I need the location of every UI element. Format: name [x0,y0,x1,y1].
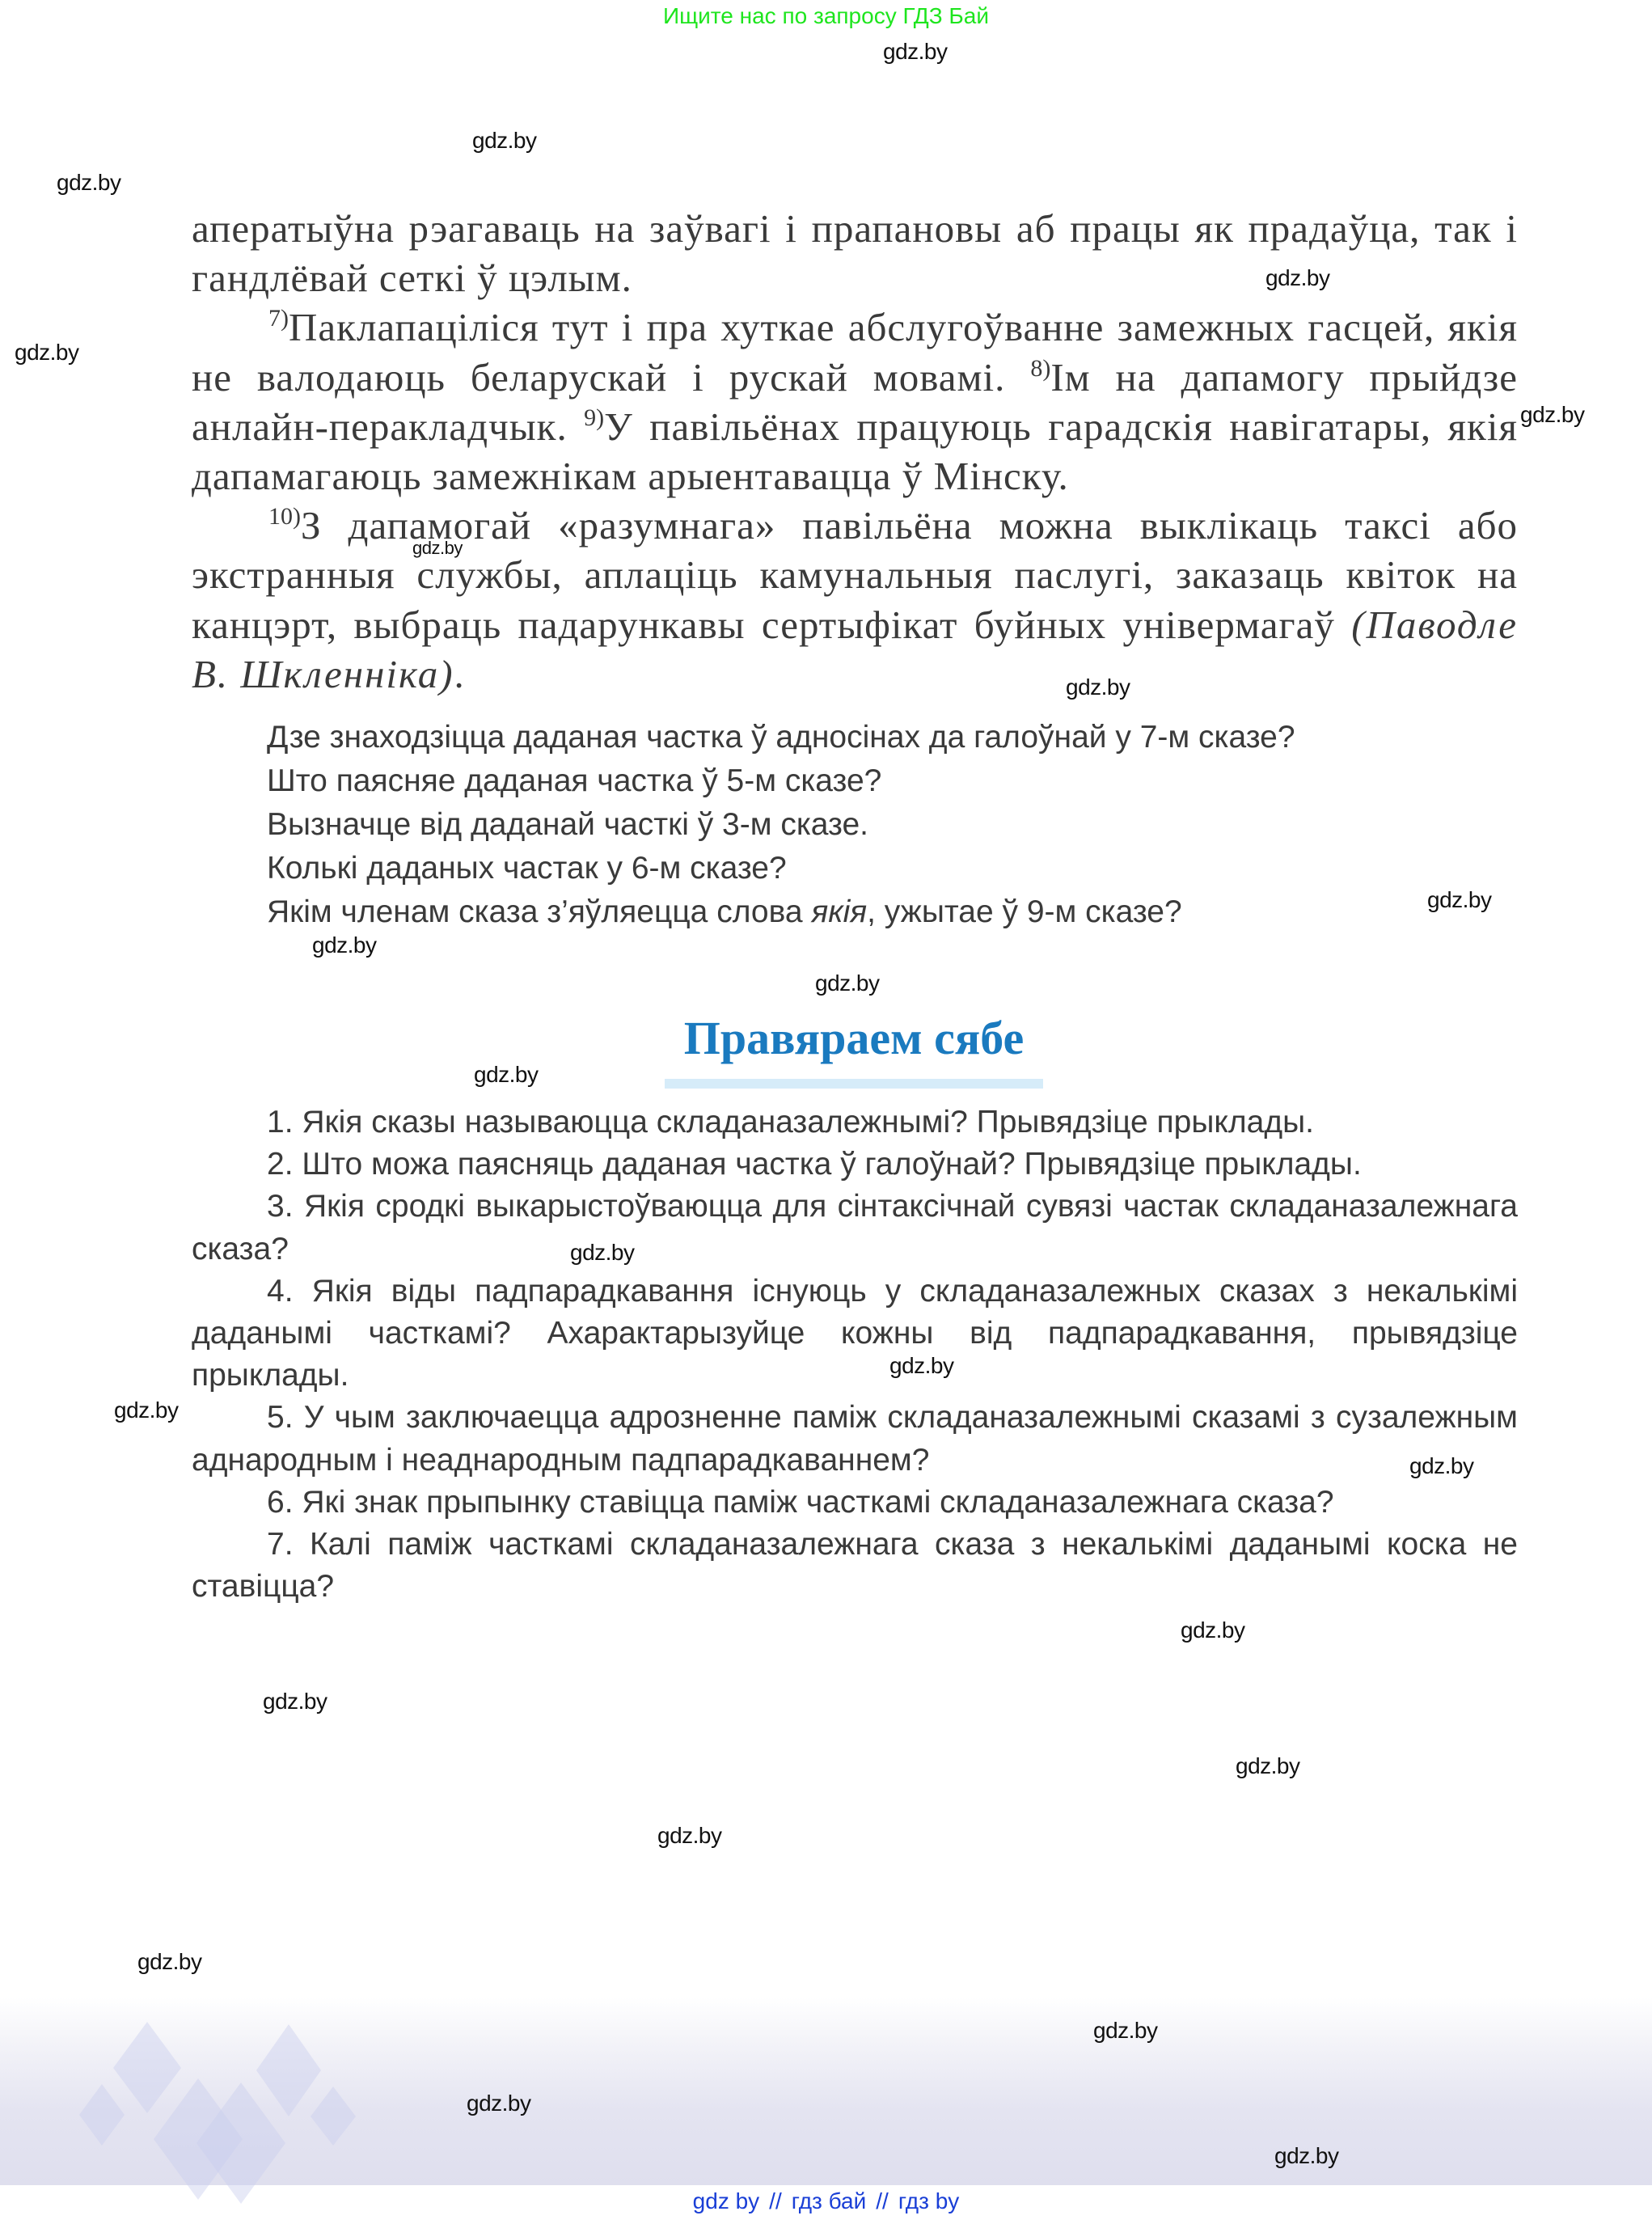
watermark: gdz.by [474,1062,539,1088]
reading-text: аператыўна рэагаваць на заўвагі і прапан… [192,204,1518,699]
paragraph: аператыўна рэагаваць на заўвагі і прапан… [192,204,1518,302]
question: Вызначце від даданай часткі ў 3-м сказе. [267,803,1561,847]
watermark: gdz.by [1520,402,1585,428]
question: Дзе знаходзіцца даданая частка ў адносін… [267,716,1561,759]
watermark: gdz.by [1236,1753,1300,1779]
separator: // [769,2188,782,2213]
sentence-number: 9) [584,404,604,431]
watermark: gdz.by [657,1823,722,1849]
sentence-number: 10) [268,503,301,530]
watermark: gdz.by [137,1949,202,1975]
watermark: gdz.by [57,170,121,196]
watermark: gdz.by [15,340,79,366]
watermark: gdz.by [263,1689,327,1715]
watermark: gdz.by [883,39,948,65]
list-item: 1. Якія сказы называюцца складаназалежны… [192,1101,1518,1144]
sentence-number: 7) [268,305,289,332]
watermark: gdz.by [815,970,880,996]
list-item: 5. У чым заключаецца адрозненне паміж ск… [192,1397,1518,1481]
watermark: gdz.by [1181,1617,1245,1643]
question-text: Якім членам сказа з’яўляецца слова [267,894,811,929]
title-underline [665,1079,1043,1089]
watermark: gdz.by [114,1397,179,1423]
question-list: Дзе знаходзіцца даданая частка ў адносін… [267,716,1561,934]
question: Што паясняе даданая частка ў 5-м сказе? [267,759,1561,803]
paragraph: 10)З дапамогай «разумнага» павільёна мож… [192,501,1518,699]
footer-link[interactable]: gdz by [693,2188,760,2213]
self-check-list: 1. Якія сказы называюцца складаназалежны… [192,1101,1518,1608]
watermark: gdz.by [472,128,537,154]
question-text: , ужытае ў 9-м сказе? [867,894,1182,929]
footer-links: gdz by//гдз бай//гдз by [0,2188,1652,2214]
watermark: gdz.by [467,2091,531,2116]
period: . [454,652,465,696]
diamond-pattern-icon [0,1941,566,2224]
paragraph: 7)Паклапаціліся тут і пра хуткае абслуго… [192,302,1518,501]
list-item: 4. Якія віды падпарадкавання існуюць у с… [192,1271,1518,1397]
section-title: Правяраем сябе [665,1011,1043,1065]
watermark: gdz.by [312,932,377,958]
emphasized-word: якія [811,894,867,929]
list-item: 2. Што можа паясняць даданая частка ў га… [192,1144,1518,1186]
sentence: З дапамогай «разумнага» павільёна можна … [192,503,1518,646]
sentence-number: 8) [1030,355,1050,382]
search-banner: Ищите нас по запросу ГДЗ Бай [0,3,1652,29]
watermark: gdz.by [1093,2018,1158,2044]
list-item: 3. Якія сродкі выкарыстоўваюцца для сінт… [192,1186,1518,1270]
footer-link[interactable]: гдз by [898,2188,959,2213]
watermark: gdz.by [1274,2143,1339,2169]
question: Якім членам сказа з’яўляецца слова якія,… [267,890,1561,934]
list-item: 6. Які знак прыпынку ставіцца паміж част… [192,1482,1518,1524]
list-item: 7. Калі паміж часткамі складаназалежнага… [192,1524,1518,1608]
question: Колькі даданых частак у 6-м сказе? [267,847,1561,890]
separator: // [876,2188,889,2213]
paragraph-text: аператыўна рэагаваць на заўвагі і прапан… [192,206,1518,300]
footer-link[interactable]: гдз бай [792,2188,867,2213]
